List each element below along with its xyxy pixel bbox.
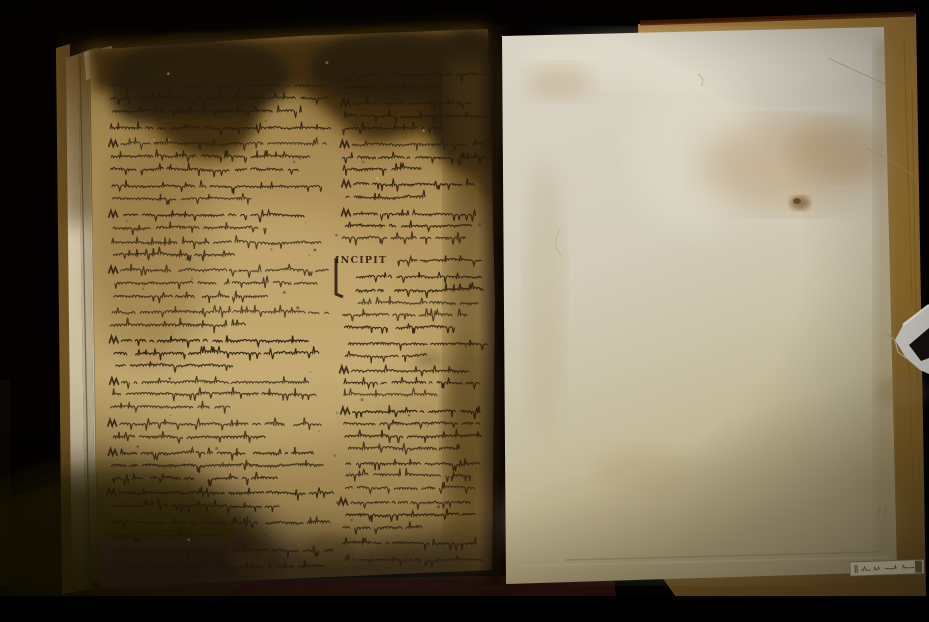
bottom-black-edge: [0, 596, 929, 622]
photo-canvas: INCIPIT: [0, 0, 929, 622]
photo-vignette: [0, 0, 929, 622]
manuscript-photo: INCIPIT: [0, 0, 929, 622]
